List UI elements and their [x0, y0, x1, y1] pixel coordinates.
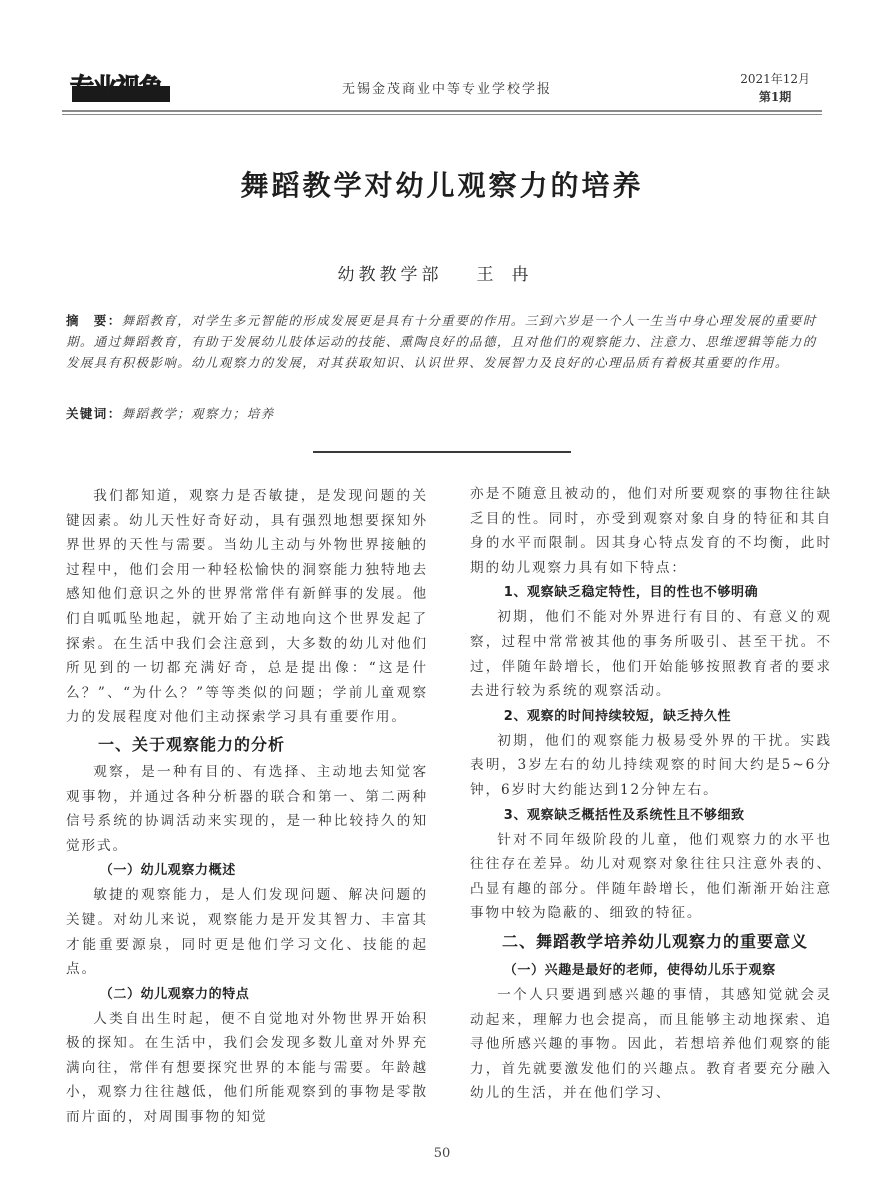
section-heading: 二、舞蹈教学培养幼儿观察力的重要意义 — [470, 926, 832, 958]
keywords: 关键词：舞蹈教学；观察力；培养 — [66, 403, 818, 424]
subsection-heading: （二）幼儿观察力的特点 — [66, 982, 428, 1007]
body-column-left: 我们都知道，观察力是否敏捷，是发现问题的关键因素。幼儿天性好奇好动，具有强烈地想… — [66, 484, 428, 1130]
abstract-label: 摘 要： — [66, 313, 122, 328]
abstract: 摘 要：舞蹈教育，对学生多元智能的形成发展更是具有十分重要的作用。三到六岁是一个… — [66, 310, 818, 373]
paragraph: 人类自出生时起，便不自觉地对外物世界开始积极的探知。在生活中，我们会发现多数儿童… — [66, 1007, 428, 1130]
section-heading: 一、关于观察能力的分析 — [66, 730, 428, 760]
paragraph: 初期，他们不能对外界进行有目的、有意义的观察，过程中常常被其他的事务所吸引、甚至… — [470, 605, 832, 703]
paragraph: 观察，是一种有目的、有选择、主动地去知觉客观事物，并通过各种分析器的联合和第一、… — [66, 760, 428, 858]
article-title: 舞蹈教学对幼儿观察力的培养 — [0, 164, 884, 204]
paragraph: 初期，他们的观察能力极易受外界的干扰。实践表明，3岁左右的幼儿持续观察的时间大约… — [470, 729, 832, 803]
keywords-label: 关键词： — [66, 406, 122, 421]
body-column-right: 亦是不随意且被动的，他们对所要观察的事物往往缺乏目的性。同时，亦受到观察对象自身… — [470, 482, 832, 1106]
page-number: 50 — [0, 1146, 884, 1161]
point-heading: 1、观察缺乏稳定特性，目的性也不够明确 — [470, 580, 832, 605]
column-logo: 专业视角 — [70, 72, 170, 102]
paragraph: 我们都知道，观察力是否敏捷，是发现问题的关键因素。幼儿天性好奇好动，具有强烈地想… — [66, 484, 428, 730]
header-double-rule — [62, 110, 822, 115]
paragraph: 针对不同年级阶段的儿童，他们观察力的水平也往往存在差异。幼儿对观察对象往往只注意… — [470, 828, 832, 926]
abstract-text: 舞蹈教育，对学生多元智能的形成发展更是具有十分重要的作用。三到六岁是一个人一生当… — [66, 313, 817, 370]
keywords-text: 舞蹈教学；观察力；培养 — [122, 406, 275, 421]
issue-number: 第1期 — [740, 88, 810, 106]
running-header: 专业视角 无锡金茂商业中等专业学校学报 2021年12月 第1期 — [62, 64, 822, 112]
subsection-heading: （一）幼儿观察力概述 — [66, 858, 428, 883]
paragraph: 一个人只要遇到感兴趣的事情，其感知觉就会灵动起来，理解力也会提高，而且能够主动地… — [470, 983, 832, 1106]
subsection-heading: （一）兴趣是最好的老师，使得幼儿乐于观察 — [470, 958, 832, 983]
logo-text: 专业视角 — [70, 72, 162, 102]
issue-date: 2021年12月 — [740, 70, 810, 88]
point-heading: 2、观察的时间持续较短，缺乏持久性 — [470, 704, 832, 729]
issue-info: 2021年12月 第1期 — [740, 70, 810, 106]
department: 幼教教学部 — [338, 265, 443, 285]
journal-name: 无锡金茂商业中等专业学校学报 — [342, 78, 552, 97]
point-heading: 3、观察缺乏概括性及系统性且不够细致 — [470, 803, 832, 828]
section-divider — [313, 451, 571, 453]
paragraph: 敏捷的观察能力，是人们发现问题、解决问题的关键。对幼儿来说，观察能力是开发其智力… — [66, 883, 428, 981]
author: 王冉 — [477, 265, 547, 285]
paragraph: 亦是不随意且被动的，他们对所要观察的事物往往缺乏目的性。同时，亦受到观察对象自身… — [470, 482, 832, 580]
byline: 幼教教学部王冉 — [0, 260, 884, 285]
